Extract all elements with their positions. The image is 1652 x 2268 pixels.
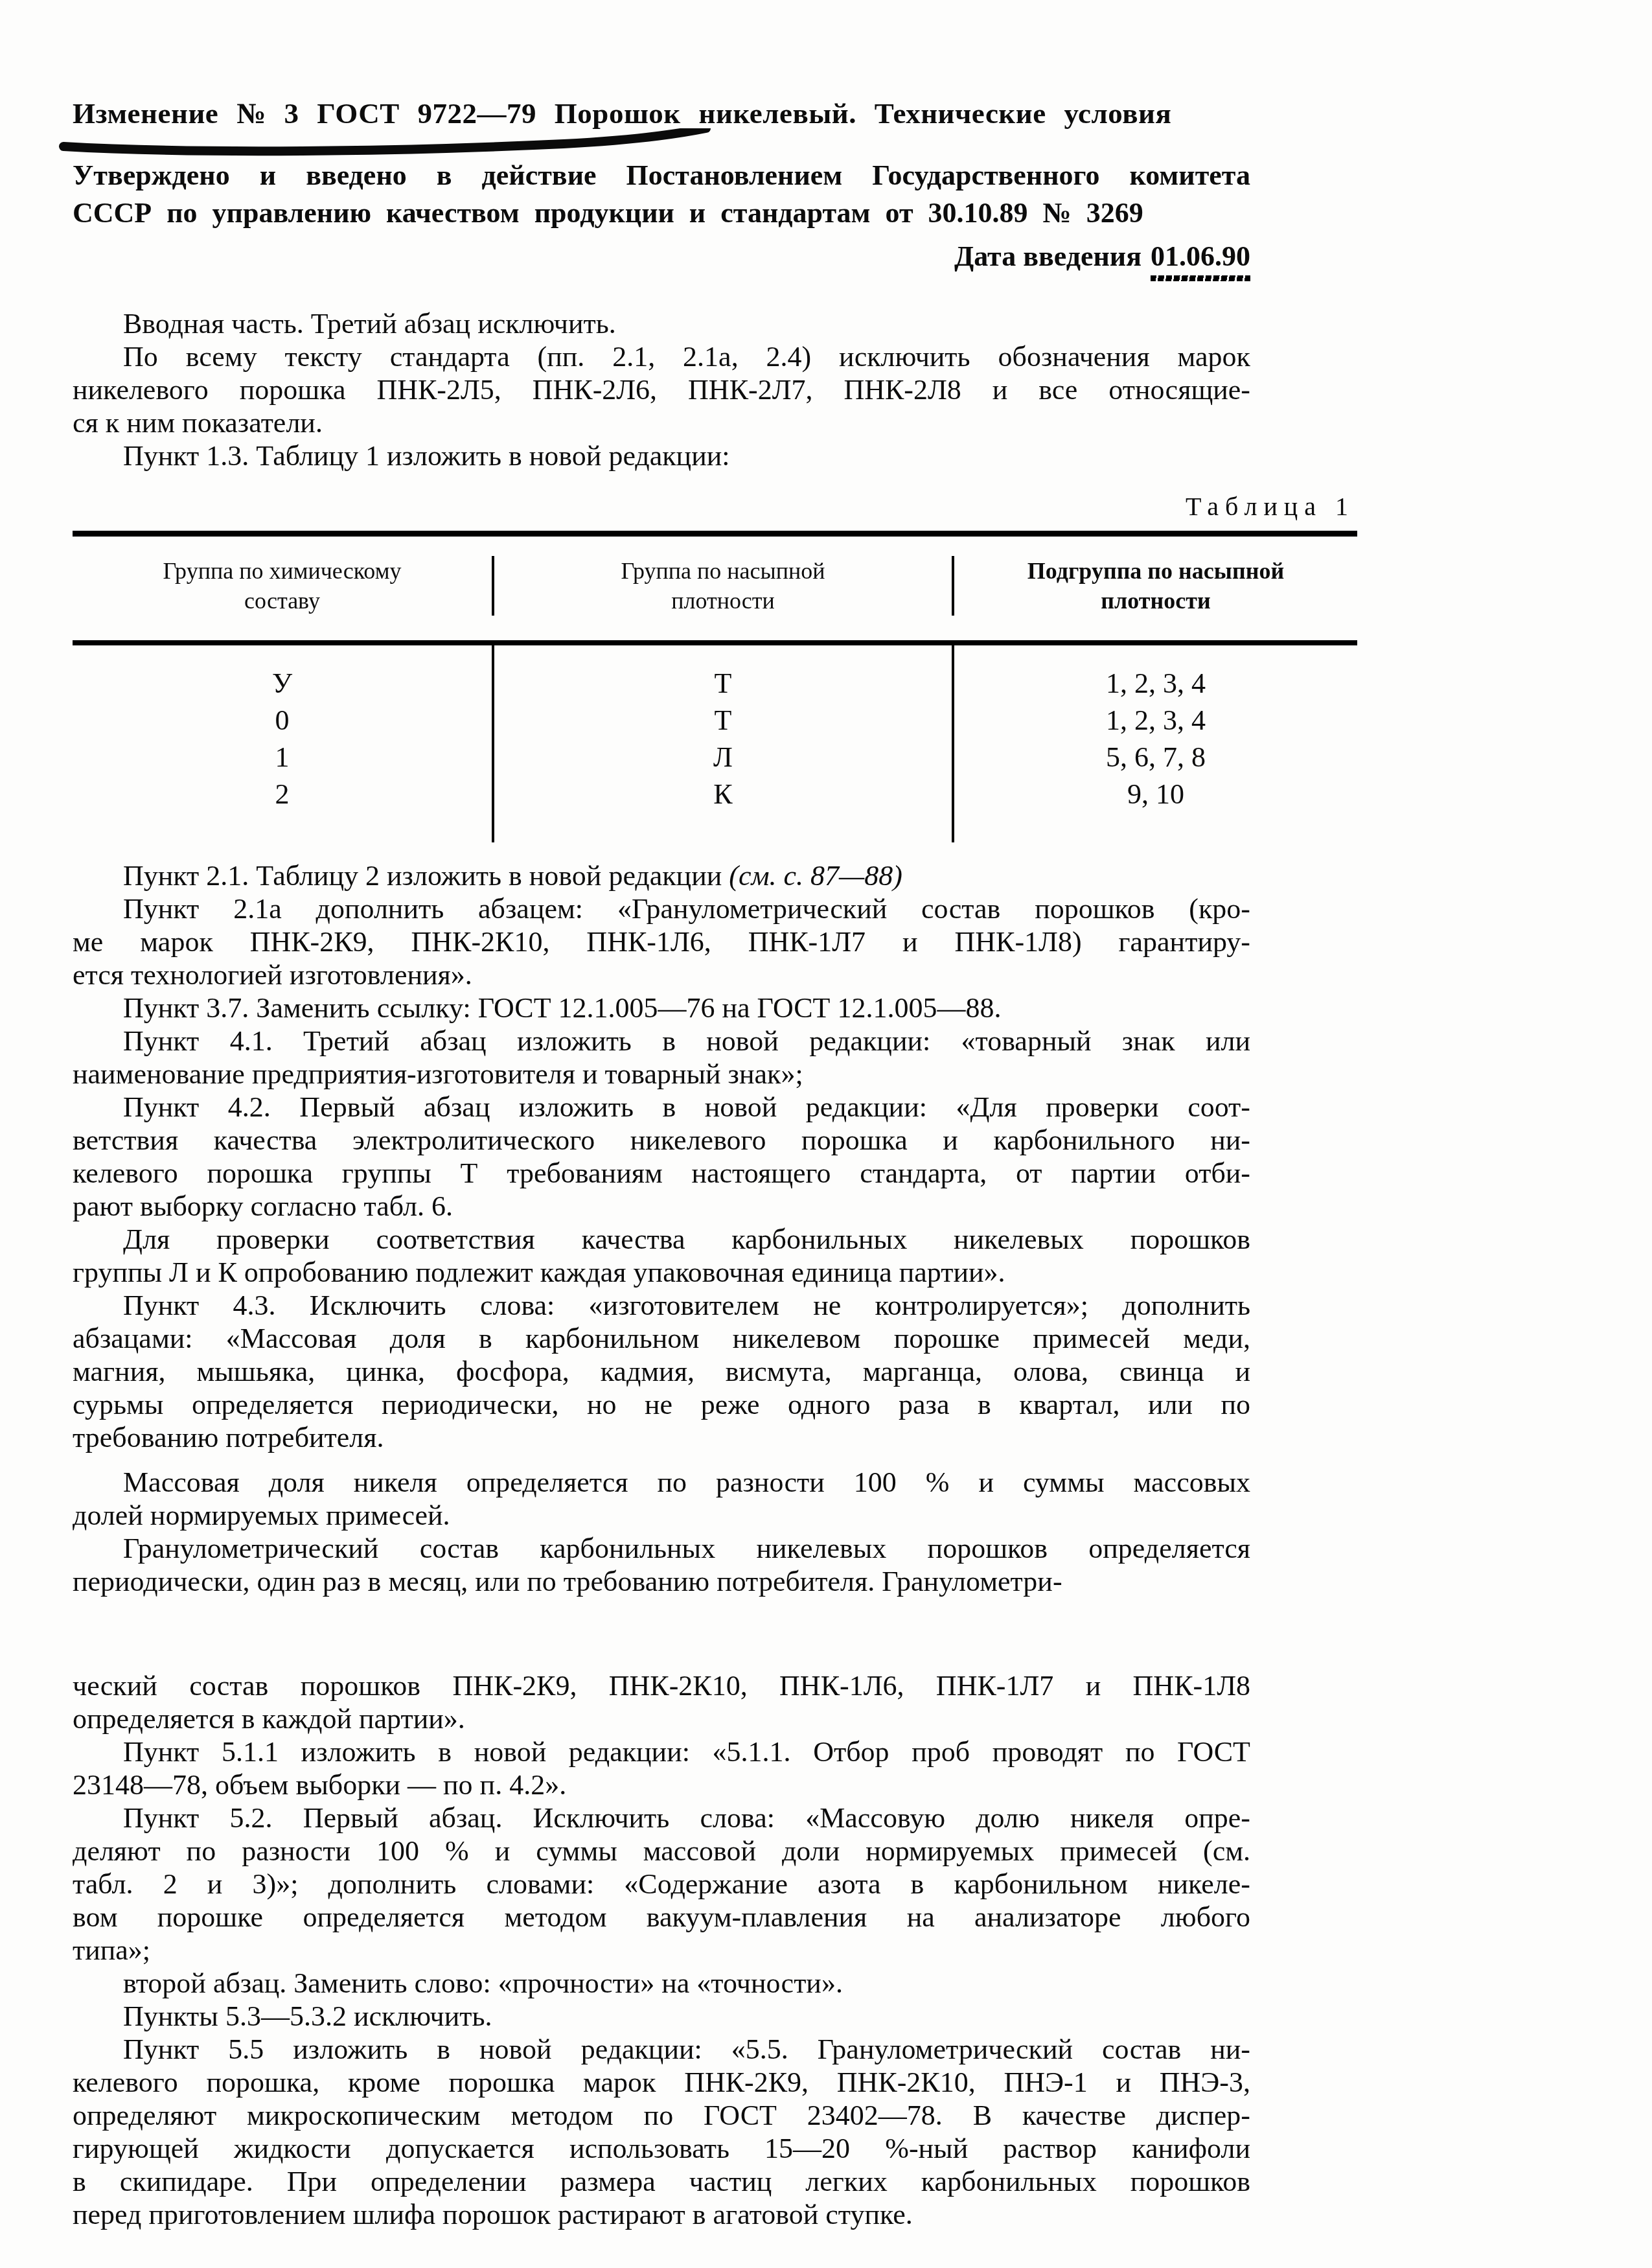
paragraph: Пункты 5.3—5.3.2 исключить.: [73, 2000, 1250, 2033]
paragraph: Массовая доля никеля определяется по раз…: [73, 1466, 1250, 1532]
column-header: Группа по насыпной плотности: [492, 556, 954, 616]
paragraph: второй абзац. Заменить слово: «прочности…: [73, 1967, 1250, 2000]
paragraph: Пункт 2.1а дополнить абзацем: «Грануломе…: [73, 892, 1250, 991]
text-line: Вводная часть. Третий абзац исключить.: [73, 307, 1250, 340]
text-line: Для проверки соответствия качества карбо…: [73, 1223, 1250, 1256]
text-line: ется технологией изготовления».: [73, 958, 1250, 991]
document-header: Изменение № 3 ГОСТ 9722—79 Порошок никел…: [73, 96, 1250, 281]
text-line: ся к ним показатели.: [73, 406, 1250, 439]
table-cell: Т: [494, 665, 952, 702]
column-header: Подгруппа по насыпной плотности: [954, 556, 1357, 616]
text-line: гирующей жидкости допускается использова…: [73, 2132, 1250, 2165]
text-line: Пункт 2.1. Таблицу 2 изложить в новой ре…: [73, 859, 1250, 892]
text-line: ческий состав порошков ПНК-2К9, ПНК-2К10…: [73, 1669, 1250, 1702]
paragraph: Пункт 5.5 изложить в новой редакции: «5.…: [73, 2033, 1250, 2231]
text-line: Пункт 4.3. Исключить слова: «изготовител…: [73, 1289, 1250, 1322]
see-pages-reference: (см. с. 87—88): [729, 860, 902, 892]
table-header-row: Группа по химическому составу Группа по …: [73, 537, 1357, 645]
table-cell: 1, 2, 3, 4: [954, 702, 1357, 739]
text-line: в скипидаре. При определении размера час…: [73, 2165, 1250, 2198]
paragraph: По всему тексту стандарта (пп. 2.1, 2.1а…: [73, 340, 1250, 439]
table-column-chem-group: У012: [73, 645, 492, 842]
text-line: деляют по разности 100 % и суммы массово…: [73, 1834, 1250, 1868]
text-line: Пункт 3.7. Заменить ссылку: ГОСТ 12.1.00…: [73, 991, 1250, 1024]
table-cell: Л: [494, 739, 952, 776]
table-caption: Таблица 1: [73, 492, 1357, 522]
text-line: Утверждено и введено в действие Постанов…: [73, 157, 1250, 194]
table-cell: 2: [73, 776, 492, 813]
text-line: СССР по управлению качеством продукции и…: [73, 194, 1250, 232]
body-part-3: ческий состав порошков ПНК-2К9, ПНК-2К10…: [73, 1669, 1250, 2231]
paragraph: Гранулометрический состав карбонильных н…: [73, 1532, 1250, 1598]
text-line: рают выборку согласно табл. 6.: [73, 1190, 1250, 1223]
text-line: ветствия качества электролитического ник…: [73, 1124, 1250, 1157]
text-line: типа»;: [73, 1934, 1250, 1967]
table-column-bulk-subgroup: 1, 2, 3, 41, 2, 3, 45, 6, 7, 89, 10: [954, 645, 1357, 842]
table-cell: Т: [494, 702, 952, 739]
text-line: Пункт 1.3. Таблицу 1 изложить в новой ре…: [73, 439, 1250, 472]
text-line: перед приготовлением шлифа порошок расти…: [73, 2198, 1250, 2231]
text-line: наименование предприятия-изготовителя и …: [73, 1058, 1250, 1091]
table-cell: 5, 6, 7, 8: [954, 739, 1357, 776]
text-line: определяют микроскопическим методом по Г…: [73, 2099, 1250, 2132]
text-line: Пункты 5.3—5.3.2 исключить.: [73, 2000, 1250, 2033]
text-line: группы Л и К опробованию подлежит каждая…: [73, 1256, 1250, 1289]
table-1: Таблица 1 Группа по химическому составу …: [73, 492, 1357, 842]
table-cell: У: [73, 665, 492, 702]
text-line: Пункт 5.1.1 изложить в новой редакции: «…: [73, 1735, 1250, 1768]
text-line: Пункт 2.1а дополнить абзацем: «Грануломе…: [73, 892, 1250, 925]
text-line: абзацами: «Массовая доля в карбонильном …: [73, 1322, 1250, 1355]
text-line: долей нормируемых примесей.: [73, 1499, 1250, 1532]
text-line: сурьмы определяется периодически, но не …: [73, 1388, 1250, 1421]
paragraph: Вводная часть. Третий абзац исключить.: [73, 307, 1250, 340]
table-cell: К: [494, 776, 952, 813]
approval-paragraph: Утверждено и введено в действие Постанов…: [73, 157, 1250, 232]
date-value: 01.06.90: [1151, 240, 1250, 281]
text-line: келевого порошка группы Т требованиям на…: [73, 1157, 1250, 1190]
introduction-date-line: Дата введения01.06.90: [73, 240, 1250, 281]
text-line: второй абзац. Заменить слово: «прочности…: [73, 1967, 1250, 2000]
text-line: требованию потребителя.: [73, 1421, 1250, 1454]
body-part-2-paras: Пункт 2.1а дополнить абзацем: «Грануломе…: [73, 892, 1250, 1598]
page-title: Изменение № 3 ГОСТ 9722—79 Порошок никел…: [73, 96, 1250, 131]
handdrawn-underline: [58, 128, 713, 159]
text-line: периодически, один раз в месяц, или по т…: [73, 1565, 1250, 1598]
text-line: 23148—78, объем выборки — по п. 4.2».: [73, 1768, 1250, 1801]
paragraph: Пункт 1.3. Таблицу 1 изложить в новой ре…: [73, 439, 1250, 472]
text-line: Пункт 4.1. Третий абзац изложить в новой…: [73, 1024, 1250, 1058]
text-line: табл. 2 и 3)»; дополнить словами: «Содер…: [73, 1868, 1250, 1901]
text-line: Массовая доля никеля определяется по раз…: [73, 1466, 1250, 1499]
paragraph: Пункт 2.1. Таблицу 2 изложить в новой ре…: [73, 859, 1250, 892]
table-grid: Группа по химическому составу Группа по …: [73, 531, 1357, 842]
point-2-1-text: Пункт 2.1. Таблицу 2 изложить в новой ре…: [123, 860, 729, 892]
text-line: По всему тексту стандарта (пп. 2.1, 2.1а…: [73, 340, 1250, 373]
text-line: никелевого порошка ПНК-2Л5, ПНК-2Л6, ПНК…: [73, 373, 1250, 406]
text-line: определяется в каждой партии».: [73, 1702, 1250, 1735]
text-line: келевого порошка, кроме порошка марок ПН…: [73, 2066, 1250, 2099]
text-line: Пункт 5.5 изложить в новой редакции: «5.…: [73, 2033, 1250, 2066]
table-body: У012 ТТЛК 1, 2, 3, 41, 2, 3, 45, 6, 7, 8…: [73, 645, 1357, 842]
text-line: ме марок ПНК-2К9, ПНК-2К10, ПНК-1Л6, ПНК…: [73, 925, 1250, 958]
paragraph: Пункт 5.2. Первый абзац. Исключить слова…: [73, 1801, 1250, 1967]
text-line: магния, мышьяка, цинка, фосфора, кадмия,…: [73, 1355, 1250, 1388]
document-page: Изменение № 3 ГОСТ 9722—79 Порошок никел…: [0, 0, 1652, 2268]
body-part-2: Пункт 2.1. Таблицу 2 изложить в новой ре…: [73, 859, 1250, 1598]
paragraph: Пункт 4.3. Исключить слова: «изготовител…: [73, 1289, 1250, 1454]
text-line: Пункт 4.2. Первый абзац изложить в новой…: [73, 1091, 1250, 1124]
table-cell: 1: [73, 739, 492, 776]
date-label: Дата введения: [954, 240, 1141, 272]
table-cell: 1, 2, 3, 4: [954, 665, 1357, 702]
table-cell: 0: [73, 702, 492, 739]
paragraph: Пункт 4.1. Третий абзац изложить в новой…: [73, 1024, 1250, 1091]
text-line: вом порошке определяется методом вакуум-…: [73, 1901, 1250, 1934]
text-line: Гранулометрический состав карбонильных н…: [73, 1532, 1250, 1565]
paragraph: Пункт 5.1.1 изложить в новой редакции: «…: [73, 1735, 1250, 1801]
table-cell: 9, 10: [954, 776, 1357, 813]
paragraph: Пункт 3.7. Заменить ссылку: ГОСТ 12.1.00…: [73, 991, 1250, 1024]
paragraph: Пункт 4.2. Первый абзац изложить в новой…: [73, 1091, 1250, 1223]
body-part-1: Вводная часть. Третий абзац исключить.По…: [73, 307, 1250, 472]
text-line: Пункт 5.2. Первый абзац. Исключить слова…: [73, 1801, 1250, 1834]
column-header: Группа по химическому составу: [73, 556, 492, 616]
table-column-bulk-group: ТТЛК: [492, 645, 954, 842]
paragraph: Для проверки соответствия качества карбо…: [73, 1223, 1250, 1289]
paragraph: ческий состав порошков ПНК-2К9, ПНК-2К10…: [73, 1669, 1250, 1735]
